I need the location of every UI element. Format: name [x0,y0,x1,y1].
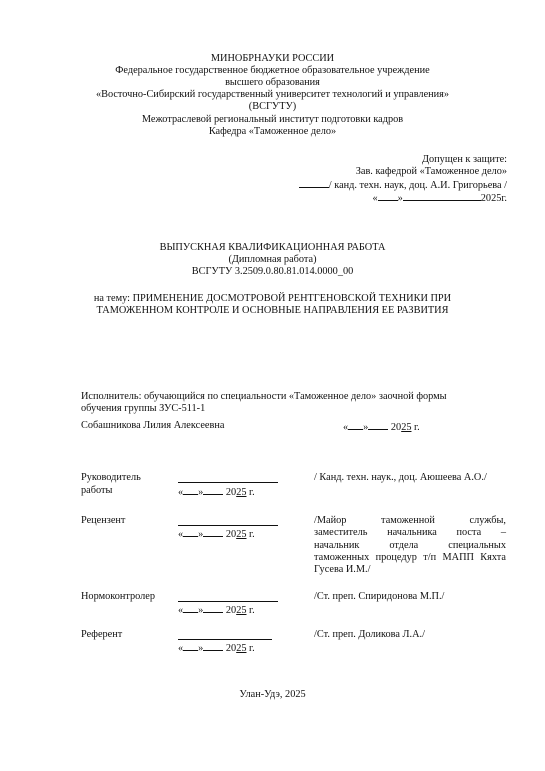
signature-blank[interactable] [299,178,329,188]
approval-date: «»2025г. [372,191,507,205]
day-blank[interactable] [348,420,363,430]
day-blank[interactable] [183,603,198,613]
work-code: ВСГУТУ 3.2509.0.80.81.014.0000_00 [0,266,545,278]
day-blank[interactable] [378,191,398,201]
work-subtype: (Дипломная работа) [0,254,545,266]
reviewer-person: /Майор таможенной службы, заместитель на… [314,515,506,576]
month-blank[interactable] [368,420,388,430]
supervisor-person: / Канд. техн. наук., доц. Аюшеева А.О./ [314,472,487,484]
executor-line2: обучения группы ЗУС-511-1 [81,403,205,415]
referent-signature-field[interactable] [178,638,272,640]
university-name: «Восточно-Сибирский государственный унив… [0,89,545,101]
reviewer-signature-field[interactable] [178,524,278,526]
executor-name: Собашникова Лилия Алексеевна [81,420,224,432]
topic-text-1: ПРИМЕНЕНИЕ ДОСМОТРОВОЙ РЕНТГЕНОВСКОЙ ТЕХ… [133,293,451,304]
approval-signer-line: / канд. техн. наук, доц. А.И. Григорьева… [299,178,507,192]
executor-date: «» 2025 г. [343,420,420,434]
institute-name: Межотраслевой региональный институт подг… [0,114,545,126]
role-norm-controller: Нормоконтролер [81,591,155,603]
education-level: высшего образования [0,77,545,89]
reviewer-date: «» 2025 г. [178,527,255,541]
role-supervisor: Руководитель [81,472,141,484]
approval-signer: / канд. техн. наук, доц. А.И. Григорьева… [329,180,507,191]
day-blank[interactable] [183,641,198,651]
month-blank[interactable] [203,641,223,651]
norm-controller-signature-field[interactable] [178,600,278,602]
work-type: ВЫПУСКНАЯ КВАЛИФИКАЦИОННАЯ РАБОТА [0,242,545,254]
month-blank[interactable] [203,603,223,613]
approval-position: Зав. кафедрой «Таможенное дело» [356,166,507,178]
supervisor-date: «» 2025 г. [178,485,255,499]
ministry-name: МИНОБРНАУКИ РОССИИ [0,53,545,65]
topic-prefix: на тему: [94,293,130,304]
month-blank[interactable] [203,485,223,495]
day-blank[interactable] [183,527,198,537]
institution-type: Федеральное государственное бюджетное об… [0,65,545,77]
referent-date: «» 2025 г. [178,641,255,655]
day-blank[interactable] [183,485,198,495]
city-year: Улан-Удэ, 2025 [0,689,545,701]
department-name: Кафедра «Таможенное дело» [0,126,545,138]
executor-line1: Исполнитель: обучающийся по специальност… [81,391,447,403]
month-blank[interactable] [403,191,481,201]
role-supervisor-line2: работы [81,485,112,497]
work-topic-line2: ТАМОЖЕННОМ КОНТРОЛЕ И ОСНОВНЫЕ НАПРАВЛЕН… [0,305,545,317]
supervisor-signature-field[interactable] [178,481,278,483]
referent-person: /Ст. преп. Доликова Л.А./ [314,629,425,641]
work-topic-line1: на тему: ПРИМЕНЕНИЕ ДОСМОТРОВОЙ РЕНТГЕНО… [0,293,545,305]
role-reviewer: Рецензент [81,515,125,527]
approval-title: Допущен к защите: [422,154,507,166]
role-referent: Референт [81,629,122,641]
norm-controller-person: /Ст. преп. Спиридонова М.П./ [314,591,444,603]
month-blank[interactable] [203,527,223,537]
university-abbreviation: (ВСГУТУ) [0,101,545,113]
norm-controller-date: «» 2025 г. [178,603,255,617]
